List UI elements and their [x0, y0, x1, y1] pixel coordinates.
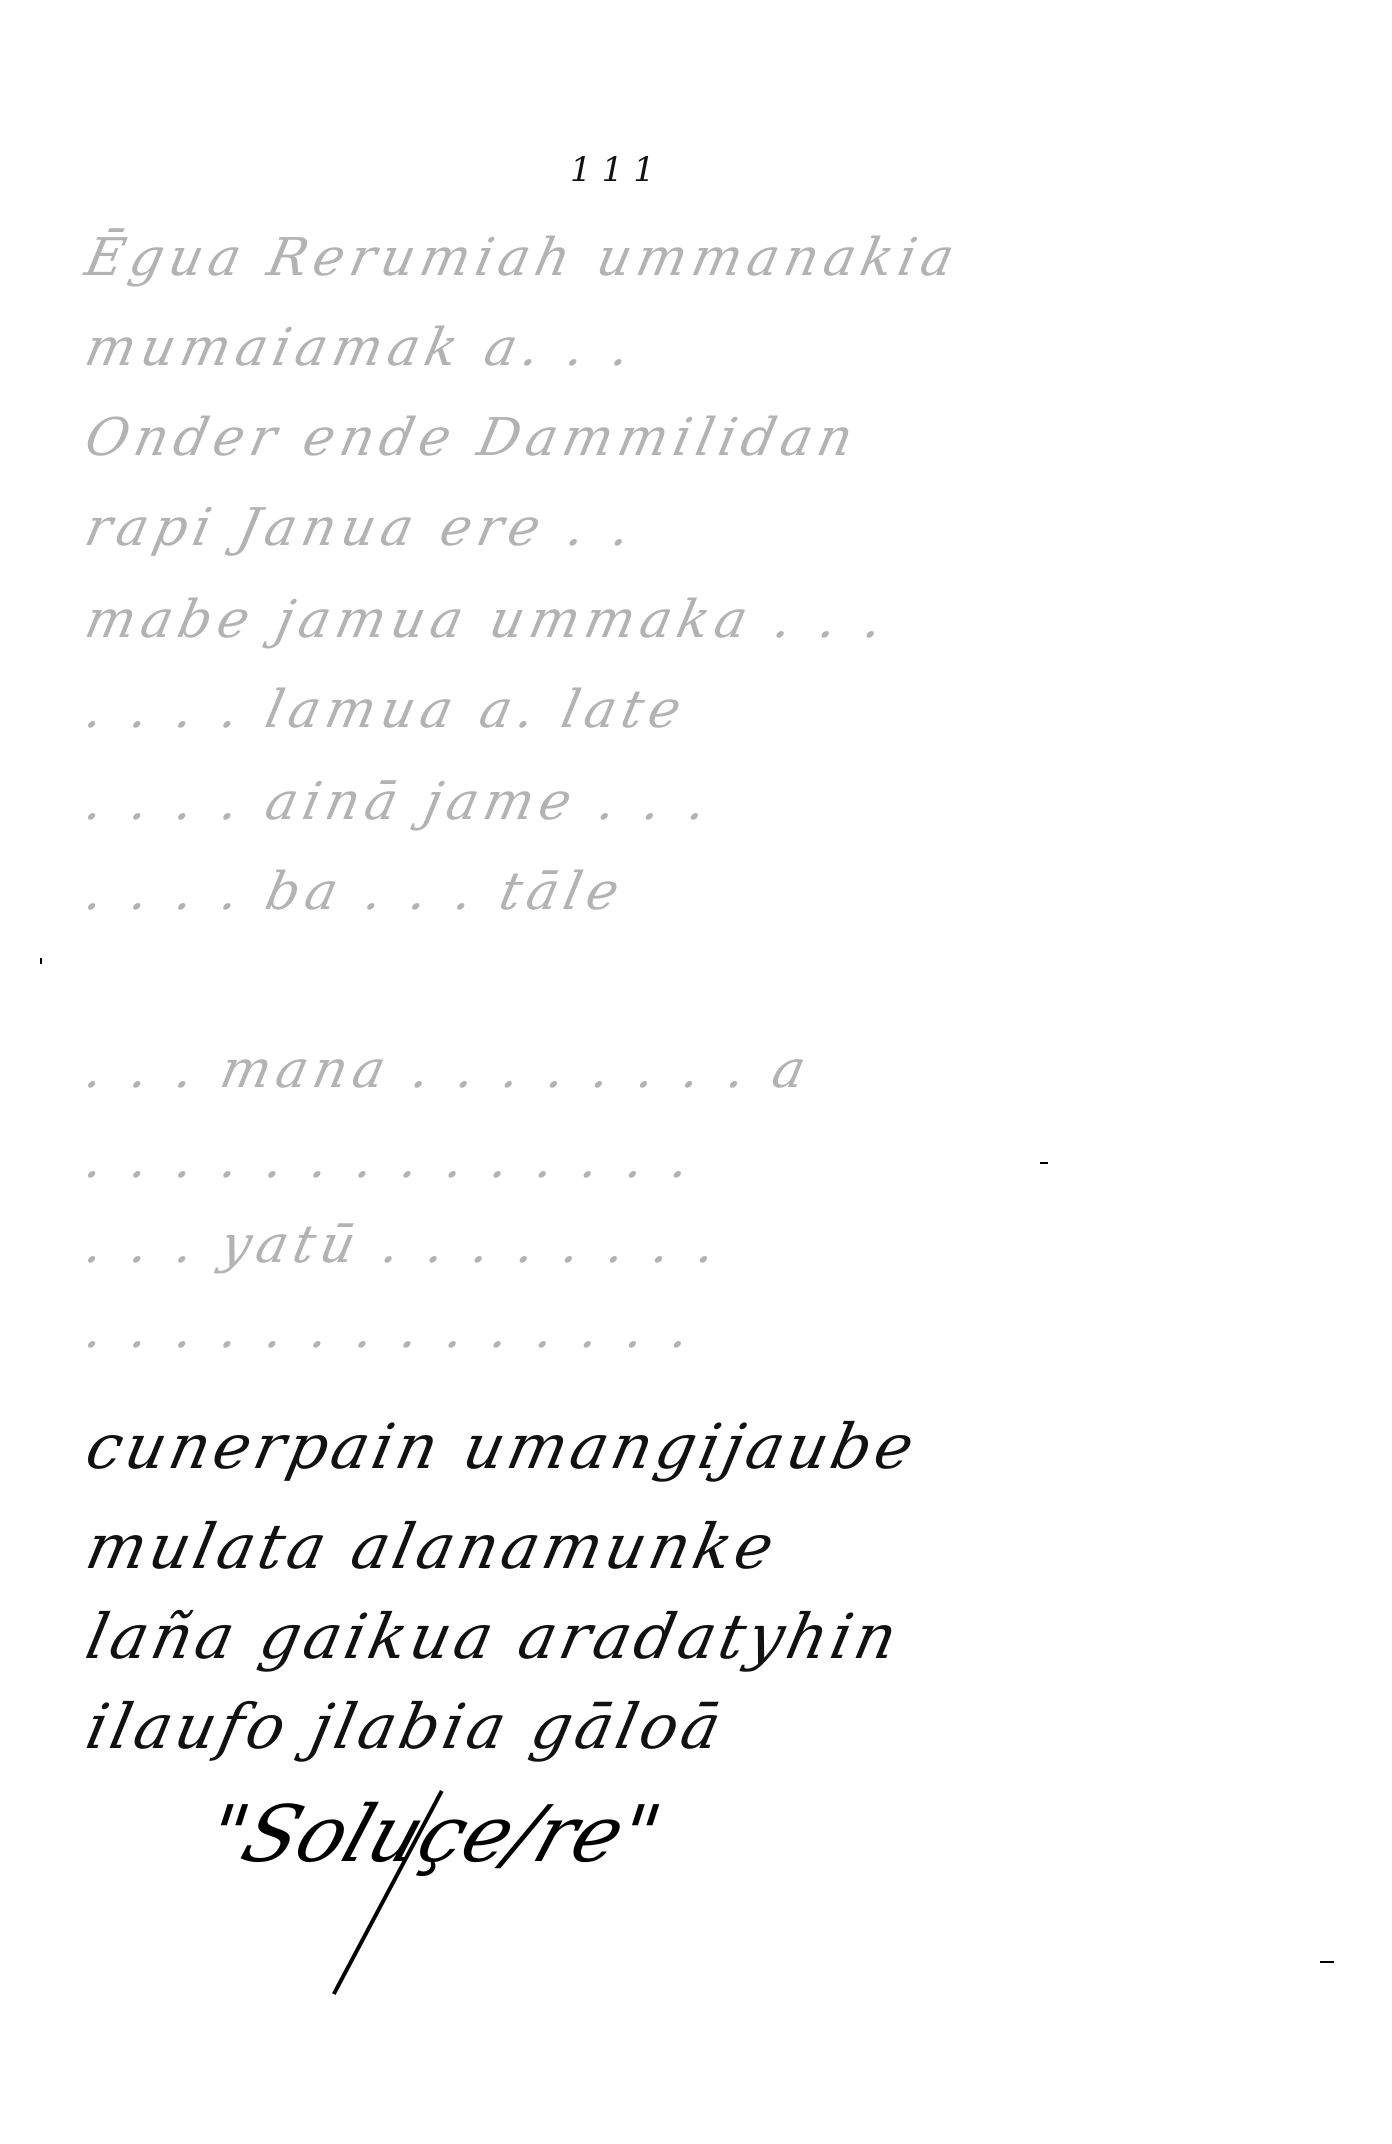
page-number: 111: [570, 150, 665, 190]
faded-line-7: . . . . ainā jame . . .: [80, 772, 718, 832]
faded-line-8: . . . . ba . . . tāle: [80, 862, 630, 922]
faded-line-6: . . . . lamua a. late: [80, 680, 692, 740]
faded-line-4: rapi Janua ere . .: [80, 498, 642, 558]
faded-line-12: . . . . . . . . . . . . . .: [80, 1300, 701, 1360]
faded-line-2: mumaiamak a. . .: [80, 318, 642, 378]
faded-line-10: . . . . . . . . . . . . . .: [80, 1130, 701, 1190]
faded-line-9: . . . mana . . . . . . . . a: [80, 1040, 817, 1100]
faded-line-1: Ēgua Rerumiah ummanakia: [80, 228, 965, 288]
dark-line-4: ilaufo jlabia gāloā: [80, 1690, 731, 1763]
dark-line-2: mulata alanamunke: [80, 1510, 784, 1583]
faded-line-5: mabe jamua ummaka . . .: [80, 590, 894, 650]
margin-mark: [1320, 1961, 1334, 1963]
faded-line-3: Onder ende Dammilidan: [80, 408, 864, 468]
dark-line-3: laña gaikua aradatyhin: [80, 1600, 907, 1673]
faded-line-11: . . . yatū . . . . . . . .: [80, 1215, 727, 1275]
dark-line-1: cunerpain umangijaube: [80, 1410, 924, 1483]
manuscript-page: 111 Ēgua Rerumiah ummanakia mumaiamak a.…: [0, 0, 1392, 2144]
stray-mark: [40, 958, 42, 964]
stray-mark: [1040, 1162, 1048, 1164]
